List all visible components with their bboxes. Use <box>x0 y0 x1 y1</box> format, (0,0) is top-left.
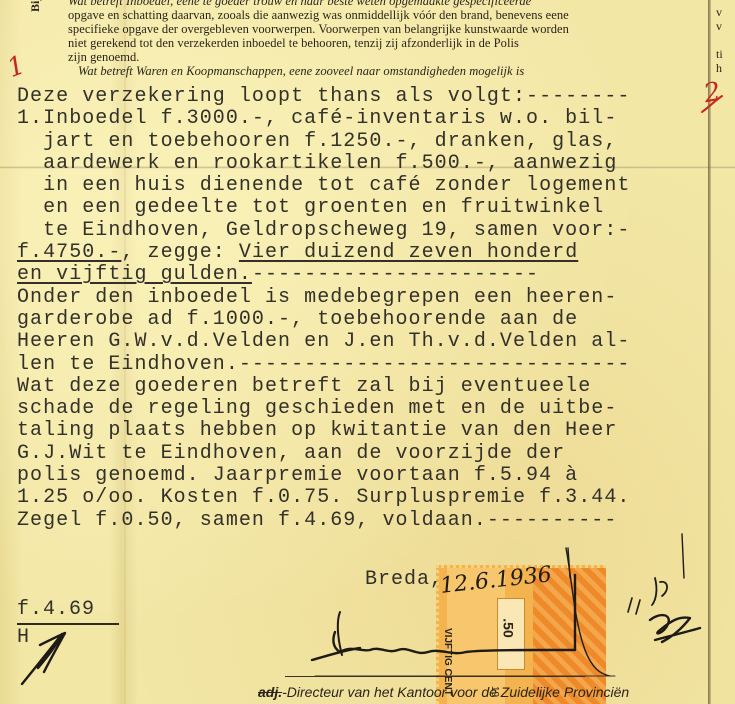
typed-line: in een huis dienende tot café zonder log… <box>17 175 707 197</box>
total-line-2: en vijftig gulden.---------------------- <box>17 264 707 286</box>
printed-conditions-text: Bij Wat betreft Inboedel, eene te goeder… <box>68 0 706 78</box>
typed-line: 1.Inboedel f.3000.-, café-inventaris w.o… <box>17 108 707 130</box>
typed-line: aardewerk en rookartikelen f.500.-, aanw… <box>17 153 707 175</box>
total-line-1: f.4750.-, zegge: Vier duizend zeven hond… <box>17 242 707 264</box>
stamp-value: .50 <box>501 618 517 637</box>
footer-amount: f.4.69 <box>17 598 95 621</box>
printed-line: opgave en schatting daarvan, zooals die … <box>68 8 706 22</box>
typed-line: jart en toebehooren f.1250.-, dranken, g… <box>17 131 707 153</box>
typed-line: polis genoemd. Jaarpremie voortaan f.5.9… <box>17 465 707 487</box>
total-amount: f.4750.- <box>17 241 121 264</box>
signature-line <box>285 676 585 677</box>
margin-label: Bij <box>28 0 42 12</box>
strip-text: v <box>716 5 722 19</box>
typed-line: schade de regeling geschieden met en de … <box>17 398 707 420</box>
director-title-text: Directeur van het Kantoor voor de Zuidel… <box>287 684 629 700</box>
typed-line: Onder den inboedel is medebegrepen een h… <box>17 287 707 309</box>
place-label: Breda, <box>365 568 443 591</box>
typed-line: len te Eindhoven.-----------------------… <box>17 354 707 376</box>
typed-line: 1.25 o/oo. Kosten f.0.75. Surpluspremie … <box>17 487 707 509</box>
typed-line: te Eindhoven, Geldropscheweg 19, samen v… <box>17 220 707 242</box>
typed-line: G.J.Wit te Eindhoven, aan de voorzijde d… <box>17 443 707 465</box>
printed-line: Wat betreft Inboedel, eene te goeder tro… <box>68 0 706 8</box>
director-title: adj.-Directeur van het Kantoor voor de Z… <box>258 684 629 700</box>
typed-line: Zegel f.0.50, samen f.4.69, voldaan.----… <box>17 510 707 532</box>
footer-initial: H <box>17 626 29 649</box>
typed-line: taling plaats hebben op kwitantie van de… <box>17 420 707 442</box>
total-sep: , zegge: <box>121 241 238 264</box>
initials-right <box>650 615 700 642</box>
total-words: Vier duizend zeven honderd <box>239 241 578 264</box>
strip-text: h <box>716 61 722 75</box>
typed-endorsement: Deze verzekering loopt thans als volgt:-… <box>17 86 707 532</box>
strip-text: ti <box>716 47 723 61</box>
typed-line: Wat deze goederen betreft zal bij eventu… <box>17 376 707 398</box>
printed-line: specifieke opgave der overgebleven voorw… <box>68 22 706 36</box>
typed-line: Heeren G.W.v.d.Velden en J.en Th.v.d.Vel… <box>17 331 707 353</box>
director-prefix: adj. <box>258 684 282 700</box>
printed-italic-line: Wat betreft Waren en Koopmanschappen, ee… <box>68 64 706 78</box>
typed-line: en een gedeelte tot groenten en fruitwin… <box>17 197 707 219</box>
printed-line: zijn genoemd. <box>68 50 706 64</box>
total-dashes: ---------------------- <box>252 263 539 286</box>
typed-line: garderobe ad f.1000.-, toebehoorende aan… <box>17 309 707 331</box>
total-words-cont: en vijftig gulden. <box>17 263 252 286</box>
strip-text: v <box>716 19 722 33</box>
printed-line: niet gerekend tot den verzekerden inboed… <box>68 36 706 50</box>
red-pencil-mark-1: 1 <box>3 50 29 84</box>
typed-line: Deze verzekering loopt thans als volgt:-… <box>17 86 707 108</box>
footer-rule <box>17 623 119 625</box>
